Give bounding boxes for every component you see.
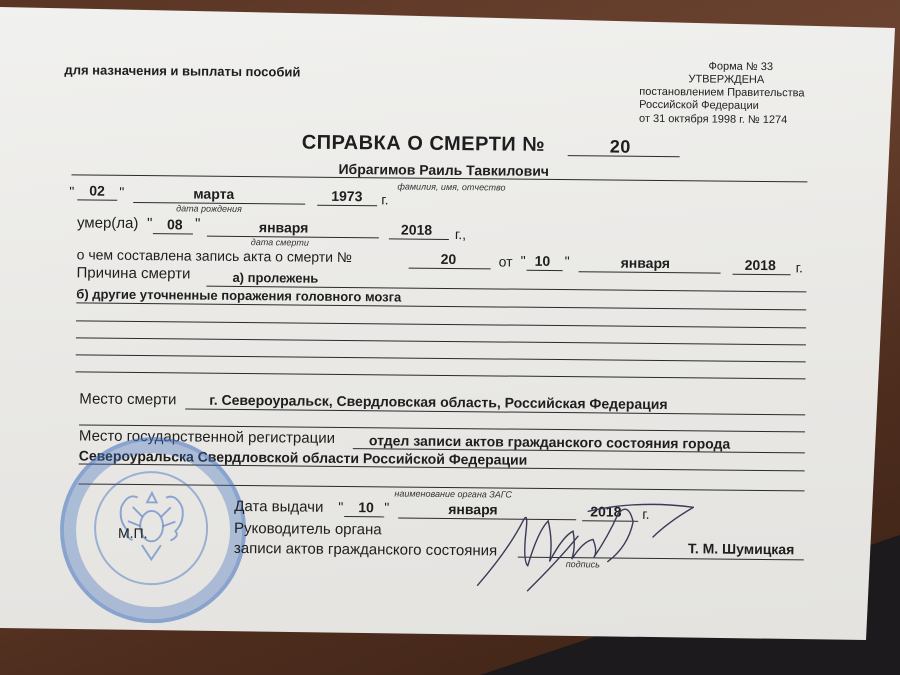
issue-date-label: Дата выдачи bbox=[234, 498, 323, 516]
signature-scribble bbox=[467, 490, 698, 602]
birth-month: марта bbox=[193, 186, 234, 202]
act-record-year: 2018 bbox=[745, 257, 776, 273]
document-title: СПРАВКА О СМЕРТИ № bbox=[302, 132, 546, 157]
full-name-caption: фамилия, имя, отчество bbox=[397, 181, 505, 192]
place-of-death-label: Место смерти bbox=[79, 390, 176, 408]
death-year: 2018 bbox=[401, 222, 432, 238]
approved-by-line2: Российской Федерации bbox=[639, 99, 759, 112]
birth-day: 02 bbox=[89, 183, 105, 199]
purpose-line: для назначения и выплаты пособий bbox=[64, 62, 300, 79]
birth-caption: дата рождения bbox=[176, 203, 242, 214]
act-record-day: 10 bbox=[535, 253, 551, 269]
death-month: января bbox=[259, 219, 309, 235]
certificate-number: 20 bbox=[610, 137, 631, 158]
act-record-number: 20 bbox=[441, 251, 457, 267]
form-number: Форма № 33 bbox=[708, 60, 773, 73]
act-record-month: января bbox=[621, 255, 671, 271]
full-name: Ибрагимов Раиль Тавкилович bbox=[338, 161, 549, 179]
stamp-place-label: М.П. bbox=[118, 525, 148, 541]
issue-day: 10 bbox=[358, 499, 374, 515]
cause-a: а) пролежень bbox=[232, 270, 318, 286]
official-stamp bbox=[59, 436, 247, 624]
certificate-paper: для назначения и выплаты пособий Форма №… bbox=[0, 0, 900, 675]
approved-label: УТВЕРЖДЕНА bbox=[688, 73, 764, 86]
death-day: 08 bbox=[167, 216, 183, 232]
head-name: Т. М. Шумицкая bbox=[688, 540, 795, 557]
death-label: умер(ла) bbox=[77, 214, 139, 232]
approved-date: от 31 октября 1998 г. № 1274 bbox=[639, 113, 787, 126]
cause-b: б) другие уточненные поражения головного… bbox=[76, 286, 401, 304]
head-label-line2: записи актов гражданского состояния bbox=[234, 540, 497, 560]
cause-label: Причина смерти bbox=[76, 264, 190, 282]
act-record-label: о чем составлена запись акта о смерти № bbox=[77, 246, 352, 265]
head-label-line1: Руководитель органа bbox=[234, 520, 382, 538]
death-caption: дата смерти bbox=[251, 237, 309, 248]
approved-by-line1: постановлением Правительства bbox=[639, 86, 804, 100]
birth-year: 1973 bbox=[331, 188, 362, 204]
